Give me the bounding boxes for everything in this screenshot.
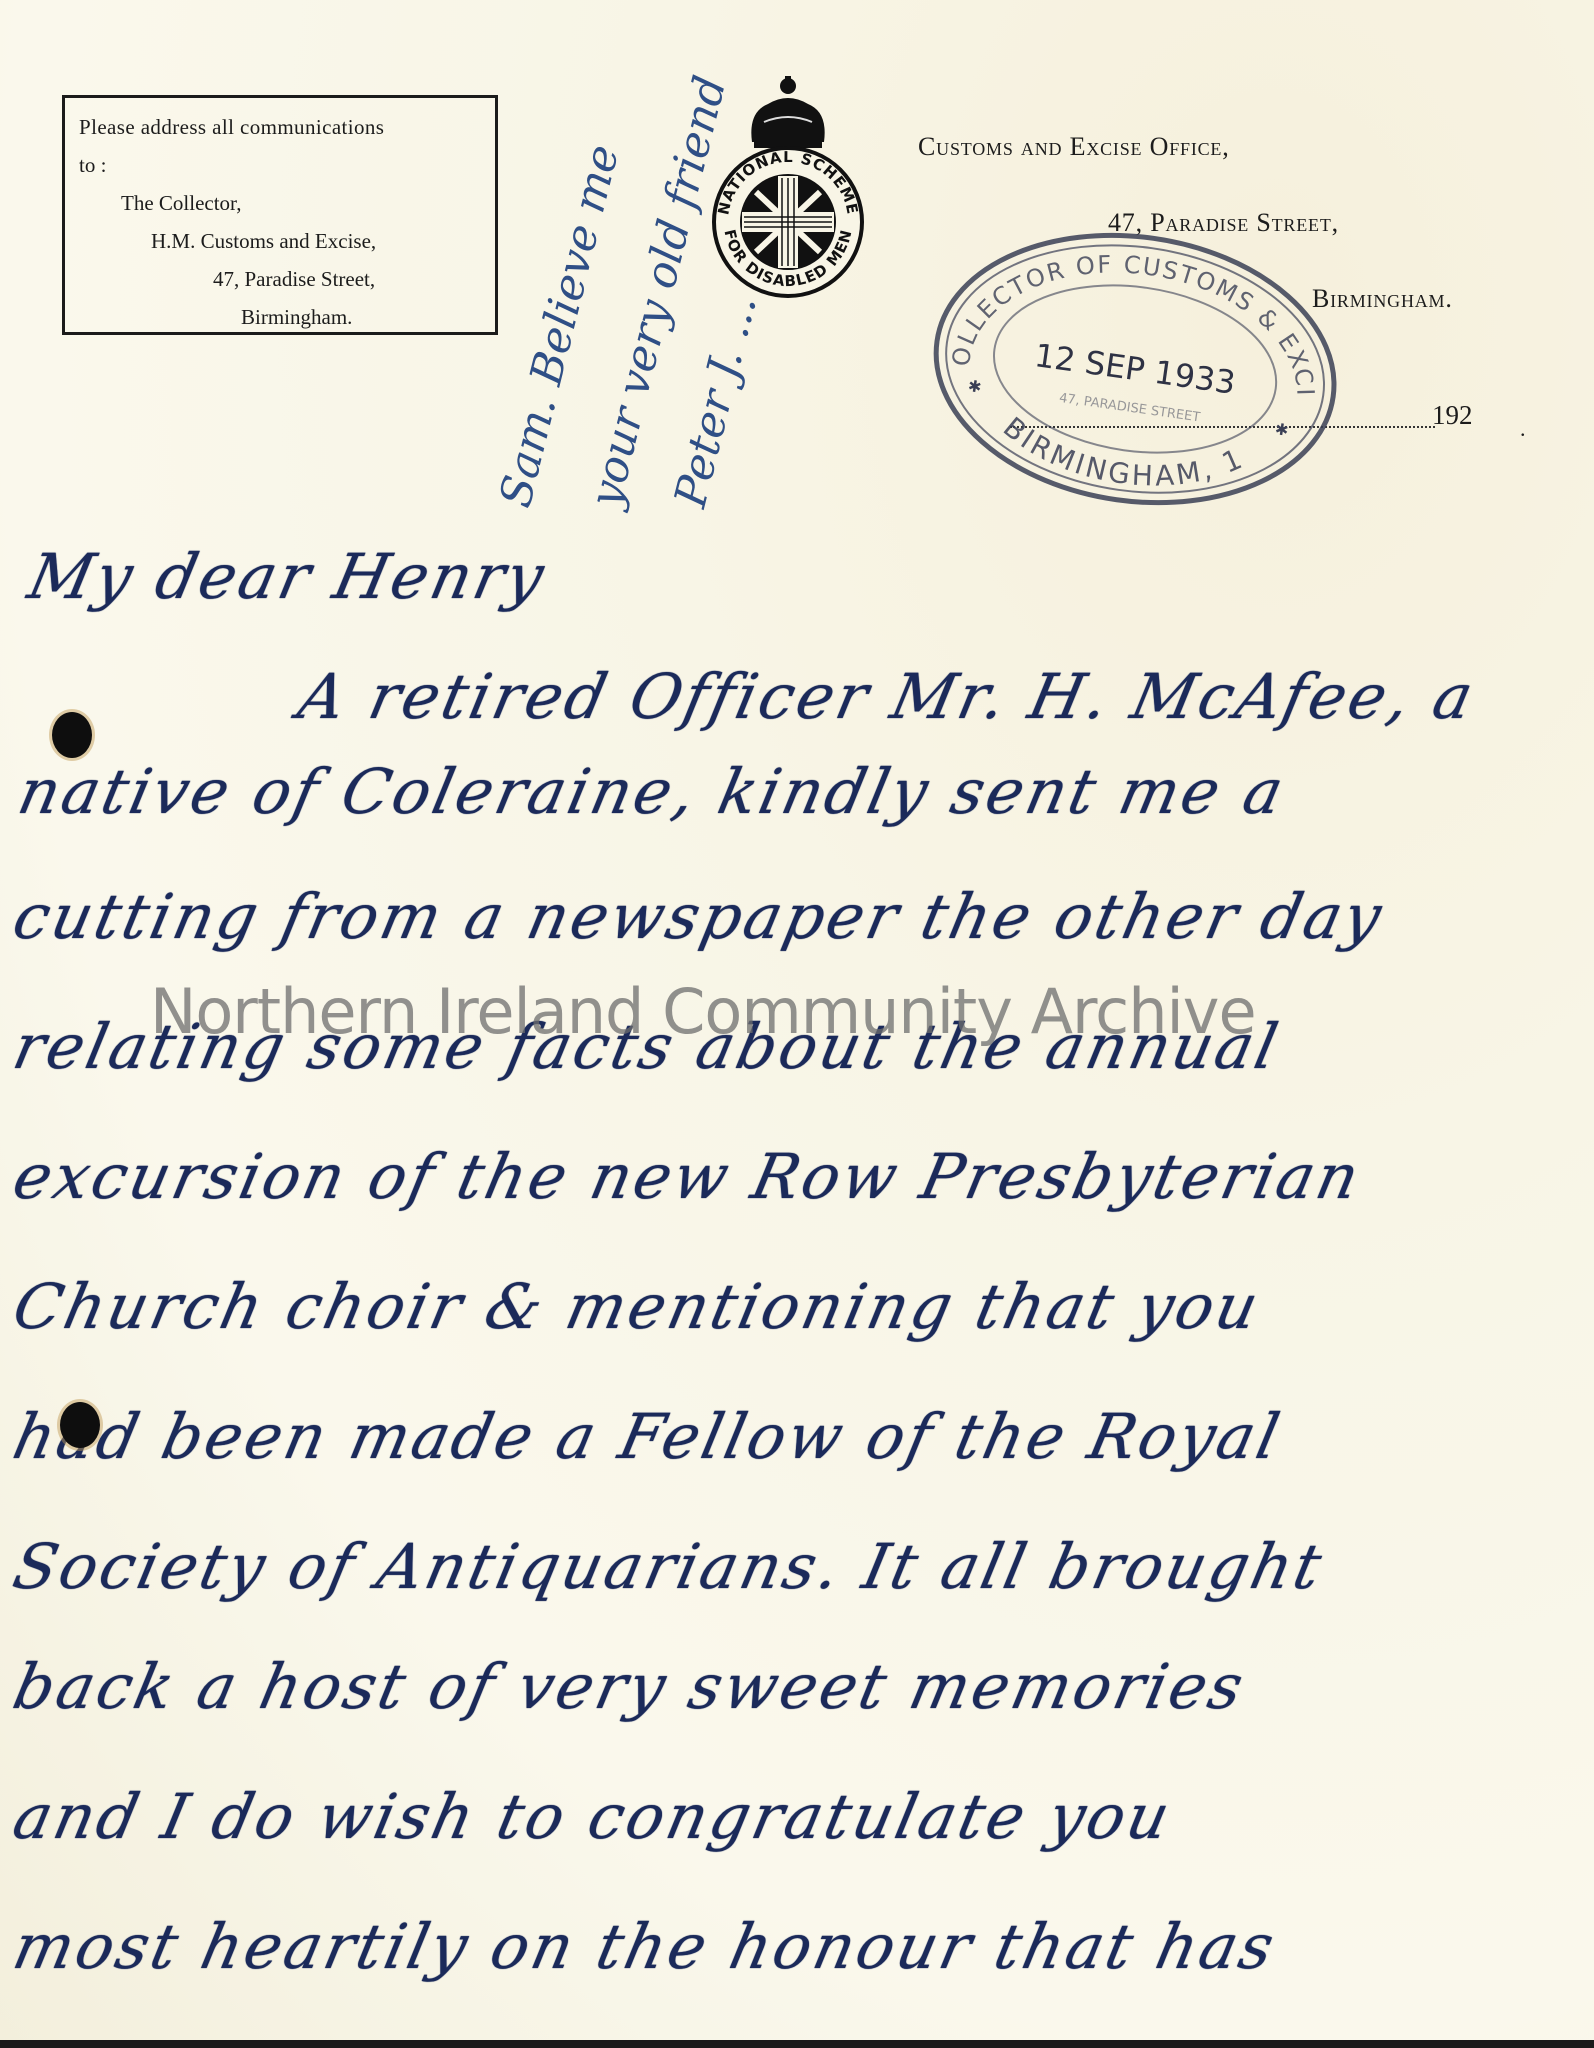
svg-text:✱: ✱ [967, 378, 983, 397]
address-line: The Collector, [79, 184, 481, 222]
letter-line: most heartily on the honour that has [7, 1910, 1283, 1983]
letter-line: A retired Officer Mr. H. McAfee, a [292, 660, 1482, 733]
office-name: Customs and Excise Office, [918, 132, 1230, 162]
address-line: 47, Paradise Street, [79, 260, 481, 298]
letter-line: excursion of the new Row Presbyterian [7, 1140, 1368, 1213]
letter-line: cutting from a newspaper the other day [7, 880, 1390, 953]
archive-watermark: Northern Ireland Community Archive [150, 975, 1256, 1048]
date-dot: . [1520, 416, 1526, 442]
letter-line: Society of Antiquarians. It all brought [7, 1530, 1330, 1603]
letter-line: had been made a Fellow of the Royal [7, 1400, 1288, 1473]
letter-line: back a host of very sweet memories [7, 1650, 1252, 1723]
date-year-prefix: 192 [1432, 400, 1473, 431]
crown-union-jack-badge-icon: NATIONAL SCHEME FOR DISABLED MEN [708, 72, 868, 302]
letter-line: Church choir & mentioning that you [7, 1270, 1267, 1343]
punch-hole [60, 1402, 100, 1448]
svg-text:BIRMINGHAM, 1: BIRMINGHAM, 1 [992, 408, 1253, 507]
date-stamp: COLLECTOR OF CUSTOMS & EXCISE BIRMINGHAM… [913, 205, 1357, 534]
letter-line: native of Coleraine, kindly sent me a [12, 755, 1292, 828]
address-line: to : [79, 146, 481, 184]
address-line: Birmingham. [79, 298, 481, 336]
margin-note-line: Peter J. ... [665, 290, 767, 512]
salutation: My dear Henry [22, 540, 553, 613]
letter-line: and I do wish to congratulate you [7, 1780, 1179, 1853]
punch-hole [52, 712, 92, 758]
address-box: Please address all communications to : T… [62, 95, 498, 335]
address-line: Please address all communications [79, 108, 481, 146]
scan-bottom-edge [0, 2040, 1594, 2048]
stamp-inner-line: 47, PARADISE STREET [1058, 391, 1201, 426]
svg-text:✱: ✱ [1274, 421, 1290, 440]
stamp-outer-bottom: BIRMINGHAM, 1 [992, 408, 1253, 507]
letter-page: Please address all communications to : T… [0, 0, 1594, 2048]
address-line: H.M. Customs and Excise, [79, 222, 481, 260]
